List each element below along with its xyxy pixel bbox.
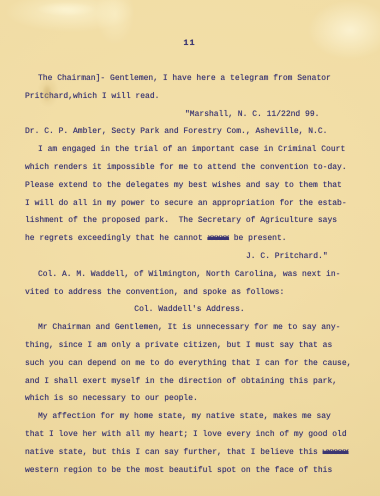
text-line: such you can depend on me to do everythi… <box>25 355 354 373</box>
text-line: lishment of the proposed park. The Secre… <box>25 212 354 230</box>
address-heading: Col. Waddell's Address. <box>25 301 354 319</box>
paper-stain <box>36 2 96 16</box>
text-line: he regrets exceedingly that he cannot xx… <box>25 230 354 248</box>
text-segment: native state, but this I can say further… <box>25 448 323 457</box>
text-line: I am engaged in the trial of an importan… <box>25 141 354 159</box>
text-line: My affection for my home state, my nativ… <box>25 408 354 426</box>
text-segment: he regrets exceedingly that he cannot <box>25 234 207 243</box>
text-line: The Chairman]- Gentlemen, I have here a … <box>25 70 354 88</box>
text-line: Pritchard,which I will read. <box>25 88 354 106</box>
text-line: which renders it impossible for me to at… <box>25 159 354 177</box>
redacted-word: wxxxxx <box>323 448 349 457</box>
text-line: which is so necessary to our people. <box>25 390 354 408</box>
text-line: I will do all in my power to secure an a… <box>25 195 354 213</box>
page-number: 11 <box>25 38 354 48</box>
text-line: thing, since I am only a private citizen… <box>25 337 354 355</box>
text-line: western region to be the most beautiful … <box>25 462 354 480</box>
text-line: native state, but this I can say further… <box>25 444 354 462</box>
text-line: Dr. C. P. Ambler, Secty Park and Forestr… <box>25 123 354 141</box>
telegram-dateline: "Marshall, N. C. 11/22nd 99. <box>25 106 354 124</box>
text-line: that I love her with all my heart; I lov… <box>25 426 354 444</box>
document-body: The Chairman]- Gentlemen, I have here a … <box>25 70 354 479</box>
text-line: vited to address the convention, and spo… <box>25 284 354 302</box>
text-line: Mr Chairman and Gentlemen, It is unneces… <box>25 319 354 337</box>
text-line: and I shall exert myself in the directio… <box>25 373 354 391</box>
telegram-signature: J. C. Pritchard." <box>25 248 354 266</box>
text-line: Col. A. M. Waddell, of Wilmington, North… <box>25 266 354 284</box>
scanned-document-page: 11 The Chairman]- Gentlemen, I have here… <box>0 0 380 496</box>
redacted-word: xxxxx <box>207 234 229 243</box>
text-line: Please extend to the delegates my best w… <box>25 177 354 195</box>
text-segment: be present. <box>229 234 287 243</box>
